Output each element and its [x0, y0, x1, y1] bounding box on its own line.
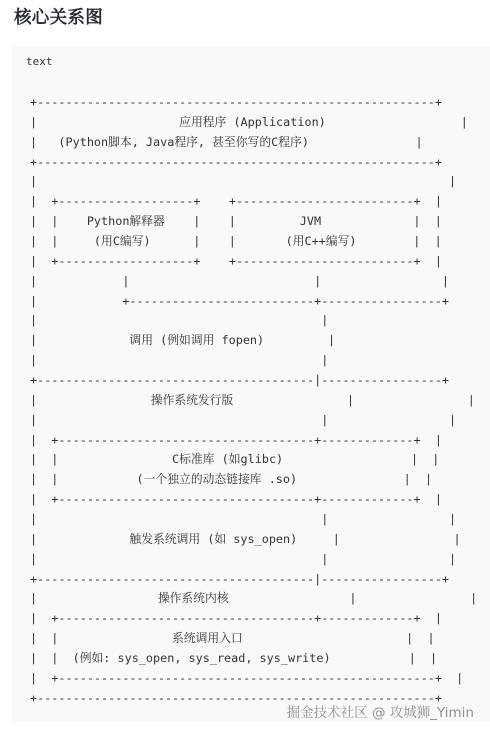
diagram-line: | | | | — [30, 272, 477, 292]
diagram-line: | | — [30, 311, 477, 331]
ascii-diagram: +---------------------------------------… — [30, 93, 477, 709]
diagram-line: | 调用 (例如调用 fopen) | — [30, 331, 477, 351]
diagram-line: | 应用程序 (Application) | — [30, 113, 477, 133]
diagram-line: | +-------------------+ +---------------… — [30, 192, 477, 212]
diagram-line: | | | — [30, 550, 477, 570]
diagram-line: | | 系统调用入口 | | — [30, 629, 477, 649]
diagram-line: | (Python脚本, Java程序, 甚至你写的C程序) | — [30, 133, 477, 153]
diagram-line: | | (例如: sys_open, sys_read, sys_write) … — [30, 649, 477, 669]
diagram-line: | 操作系统发行版 | | — [30, 391, 477, 411]
diagram-line: | | C标准库 (如glibc) | | — [30, 450, 477, 470]
diagram-line: | 操作系统内核 | | — [30, 589, 477, 609]
watermark: 掘金技术社区 @ 攻城狮_Yimin — [287, 703, 474, 723]
diagram-line: | | | — [30, 411, 477, 431]
code-block: text +----------------------------------… — [12, 46, 490, 722]
diagram-line: +---------------------------------------… — [30, 570, 477, 590]
diagram-line: | | Python解释器 | | JVM | | — [30, 212, 477, 232]
diagram-line: | | (一个独立的动态链接库 .so) | | — [30, 470, 477, 490]
diagram-line: | +------------------------------------+… — [30, 431, 477, 451]
diagram-line: +---------------------------------------… — [30, 93, 477, 113]
diagram-line: | 触发系统调用 (如 sys_open) | | — [30, 530, 477, 550]
diagram-line: | | — [30, 172, 477, 192]
diagram-line: +---------------------------------------… — [30, 371, 477, 391]
code-language-label: text — [26, 54, 53, 70]
diagram-line: | +--------------------------+----------… — [30, 292, 477, 312]
diagram-line: | | (用C编写) | | (用C++编写) | | — [30, 232, 477, 252]
diagram-line: | | | — [30, 510, 477, 530]
page-title: 核心关系图 — [14, 5, 103, 31]
diagram-line: | +-------------------------------------… — [30, 669, 477, 689]
diagram-line: | | — [30, 351, 477, 371]
diagram-line: | +-------------------+ +---------------… — [30, 252, 477, 272]
diagram-line: | +------------------------------------+… — [30, 609, 477, 629]
diagram-line: | +------------------------------------+… — [30, 490, 477, 510]
diagram-line: +---------------------------------------… — [30, 153, 477, 173]
